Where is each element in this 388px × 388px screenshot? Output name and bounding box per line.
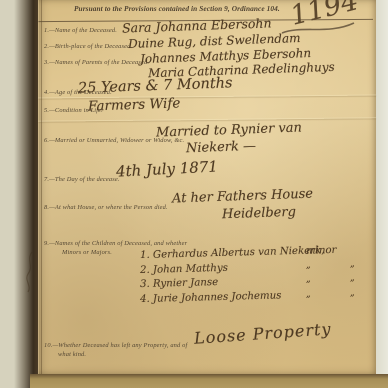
page-edge-line: [41, 0, 42, 388]
paper-crease: [34, 117, 376, 122]
child-status: minor: [306, 245, 337, 257]
child-row: 3. Rynier Janse „ „: [140, 273, 372, 290]
child-name: 1. Gerhardus Albertus van Niekerk,: [140, 245, 325, 261]
page-bottom-edge: [30, 374, 388, 388]
table-background: [375, 0, 388, 388]
form-heading: Pursuant to the Provisions contained in …: [74, 4, 280, 13]
field-value-death-place-line2: Heidelberg: [222, 205, 296, 223]
page-edge-highlight: [38, 0, 39, 388]
field-value-death-date: 4th July 1871: [116, 157, 219, 180]
field-value-death-place-line1: At her Fathers House: [172, 187, 313, 207]
field-value-marital-status-line2: Niekerk —: [186, 139, 257, 156]
field-value-property: Loose Property: [194, 319, 333, 348]
ditto-mark: „: [306, 290, 311, 300]
child-name: 4. Jurie Johannes Jochemus: [140, 290, 282, 305]
field-label-children-line1: 9.—Names of the Children of Deceased, an…: [44, 240, 187, 247]
field-value-marital-status-line1: Married to Rynier van: [156, 120, 302, 140]
ditto-mark: „: [306, 261, 311, 271]
child-name: 3. Rynier Janse: [140, 277, 218, 290]
book-spine-shadow: [14, 0, 38, 388]
field-label-children-line2: Minors or Majors.: [62, 249, 112, 256]
field-label-property-line1: 10.—Whether Deceased has left any Proper…: [44, 342, 187, 349]
ditto-mark: „: [350, 288, 355, 298]
field-label-death-date: 7.—The Day of the decease.: [44, 176, 120, 183]
ditto-mark: „: [350, 259, 355, 269]
field-value-condition: Farmers Wife: [88, 95, 181, 114]
field-label-parents: 3.—Names of Parents of the Deceased.: [44, 59, 149, 66]
death-notice-document: Pursuant to the Provisions contained in …: [0, 0, 388, 388]
field-label-property-line2: what kind.: [58, 351, 86, 358]
child-row: 4. Jurie Johannes Jochemus „ „: [140, 288, 372, 305]
ditto-mark: „: [306, 275, 311, 285]
child-name: 2. Johan Matthys: [140, 263, 228, 276]
field-label-name: 1.—Name of the Deceased.: [44, 27, 117, 34]
document-page: Pursuant to the Provisions contained in …: [34, 0, 376, 374]
ditto-mark: „: [350, 273, 355, 283]
field-value-age: 25 Years & 7 Months: [78, 75, 233, 96]
field-label-death-place: 8.—At what House, or where the Person di…: [44, 204, 168, 211]
field-label-birthplace: 2.—Birth-place of the Deceased.: [44, 43, 132, 50]
